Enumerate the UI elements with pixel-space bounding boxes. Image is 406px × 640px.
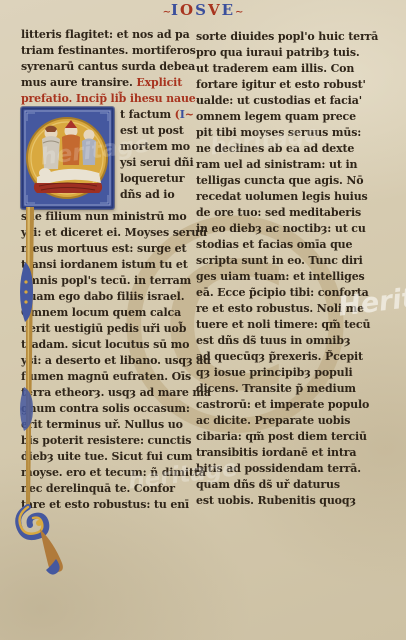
text-line: stodias et facias omīa que [196, 237, 382, 253]
text-line: omnem legem quam prece [196, 109, 382, 125]
text-line: castrorū: et imperate populo [196, 397, 382, 413]
text-line: meus mortuus est: surge et [21, 241, 193, 257]
running-title-letter: I [171, 1, 180, 19]
text-line: Omnem locum quem calca [21, 305, 193, 321]
text-line: diebȝ uite tue. Sicut fui cum [21, 449, 193, 465]
text-line: scripta sunt in eo. Tunc diri [196, 253, 382, 269]
text-line: ad quecūqȝ p̃rexeris. P̃cepit [196, 349, 382, 365]
text-line: loqueretur [120, 171, 193, 187]
text-line: ac dicite. Preparate uobis [196, 413, 382, 429]
text-line: ualde: ut custodias et facia' [196, 93, 382, 109]
text-line: ges uiam tuam: et intelliges [196, 269, 382, 285]
left-text-column: litteris flagitet: et nos ad patriam fes… [21, 27, 193, 513]
text-line: recedat uolumen legis huius [196, 189, 382, 205]
text-line: est uobis. Rubenitis quoqȝ [196, 493, 382, 509]
text-line: bis poterit resistere: cunctis [21, 433, 193, 449]
running-title-letter: E [222, 1, 235, 19]
running-title-letter: V [208, 1, 222, 19]
title-flourish: ∼ [235, 7, 243, 18]
running-title-letter: O [180, 1, 195, 19]
left-column-top-lines: litteris flagitet: et nos ad patriam fes… [21, 27, 193, 107]
text-line: fortare igitur et esto robust' [196, 77, 382, 93]
text-line: gnum contra solis occasum: [21, 401, 193, 417]
text-line: sue filium nun ministrū mo [21, 209, 193, 225]
text-line: mus aure transire. Explicit [21, 75, 193, 91]
text-line: t factum (I~ [120, 107, 193, 123]
text-line: ysi: et diceret ei. Moyses seruū [21, 225, 193, 241]
text-line: dñs ad io [120, 187, 193, 203]
running-title: ∼IOSVE∼ [0, 1, 406, 19]
text-line: syrenarū cantus surda debea [21, 59, 193, 75]
text-line: sorte diuides popl'o huic terrā [196, 29, 382, 45]
text-line: dicens. Transite p̃ medium [196, 381, 382, 397]
text-line: tradam. sicut locutus sū mo [21, 337, 193, 353]
right-text-column: sorte diuides popl'o huic terrāpro qua i… [196, 29, 382, 509]
text-line: ysi: a deserto et libano. usqȝ ad [21, 353, 193, 369]
text-line: triam festinantes. mortiferos [21, 43, 193, 59]
text-line: ram uel ad sinistram: ut in [196, 157, 382, 173]
text-line: omnis popl's tecū. in terram [21, 273, 193, 289]
text-line: tare et esto robustus: tu enī [21, 497, 193, 513]
text-line: flumen magnū eufraten. Oīs [21, 369, 193, 385]
text-line: quam ego dabo filiis israel. [21, 289, 193, 305]
text-line: qȝ iosue principibȝ populi [196, 365, 382, 381]
text-line: terra etheorȝ. usqȝ ad mare ma [21, 385, 193, 401]
text-line: transi iordanem istum tu et [21, 257, 193, 273]
title-flourish: ∼ [163, 7, 171, 18]
text-line: telligas cuncta que agis. Nō [196, 173, 382, 189]
text-line: litteris flagitet: et nos ad pa [21, 27, 193, 43]
text-line: est dñs ds̃ tuus in omnibȝ [196, 333, 382, 349]
text-line: pro qua iuraui patribȝ tuis. [196, 45, 382, 61]
manuscript-page: © ∼IOSVE∼ litteris flagitet: et nos ad p… [0, 0, 406, 640]
running-title-letter: S [195, 1, 208, 19]
text-line: erit terminus uř. Nullus uo [21, 417, 193, 433]
text-line: prefatio. Incip̃ lib̃ ihesu naue. [21, 91, 193, 107]
text-line: de ore tuo: sed meditaberis [196, 205, 382, 221]
text-line: in eo diebȝ ac noctibȝ: ut cu [196, 221, 382, 237]
text-line: uerit uestigiū pedis uři uob̃ [21, 321, 193, 337]
text-line: cibaria: qm̃ post diem terciū [196, 429, 382, 445]
text-line: ut traderem eam illis. Con [196, 61, 382, 77]
